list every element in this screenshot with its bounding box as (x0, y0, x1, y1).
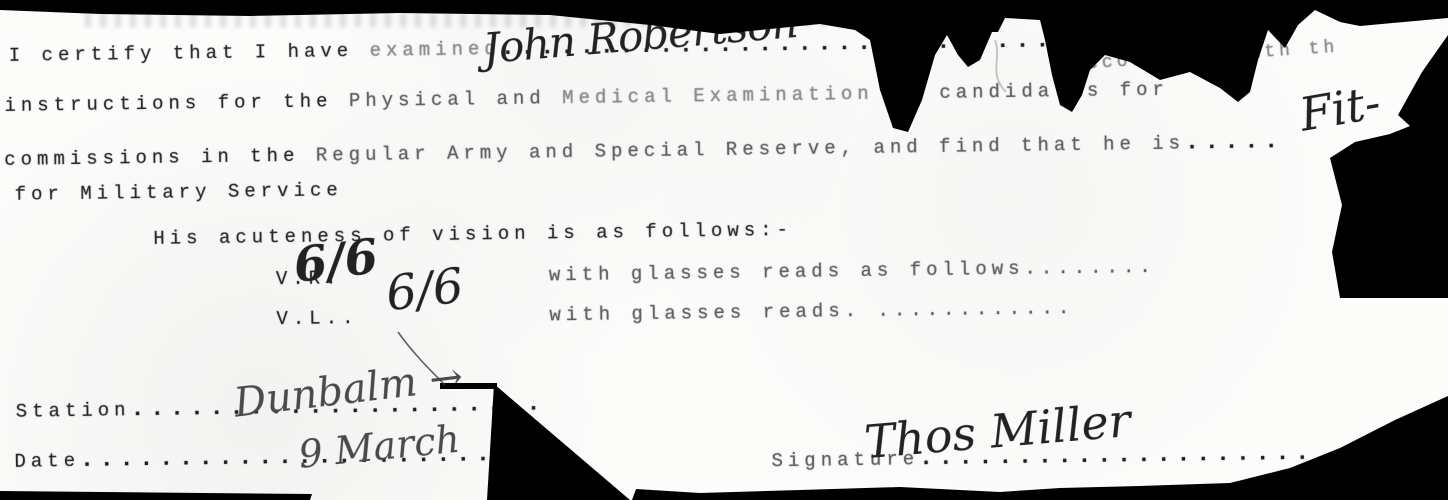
date-line: Date........................ (14, 440, 555, 474)
scanned-certificate: I certify that I have examined..........… (0, 0, 1448, 500)
military-service-line: for Military Service (15, 179, 343, 206)
typewritten-text-layer: I certify that I have examined..........… (0, 0, 1448, 500)
commissions-text: commissions in the (4, 145, 316, 171)
commissions-line: commissions in the Regular Army and Spec… (4, 128, 1284, 172)
vision-right-value-handwriting: 6/6 (291, 229, 381, 295)
torn-text-fragment: ccordance with th (1087, 38, 1339, 75)
candidates-text: candidates for (939, 79, 1169, 104)
vision-left-glasses: with glasses reads. ............ (549, 297, 1074, 326)
certify-text: I certify that I have (9, 40, 370, 67)
station-label: Station (16, 399, 131, 423)
vision-heading: His acuteness of vision is as follows:- (153, 219, 793, 250)
instructions-line: instructions for the Physical and Medica… (4, 79, 1169, 117)
vision-left-label: V.L.. (276, 307, 358, 330)
find-that-he-is-text: and find that he is (873, 132, 1185, 158)
instructions-text: instructions for the (4, 90, 349, 117)
examined-text: examined (369, 38, 501, 62)
fitness-result-handwriting: Fit- (1296, 75, 1385, 142)
medical-exam-text: Medical Examination of (562, 82, 940, 109)
candidate-name-handwriting: John Robertson (481, 0, 799, 73)
regular-army-text: Regular Army and Special Reserve, (316, 137, 874, 167)
vision-right-glasses: with glasses reads as follows........ (549, 256, 1156, 286)
date-label: Date (14, 450, 80, 473)
arrow-mark: → (427, 354, 466, 404)
vision-left-value-handwriting: 6/6 (383, 258, 466, 323)
physical-text: Physical and (349, 87, 563, 112)
fitness-dotted-line: ..... (1185, 128, 1284, 155)
